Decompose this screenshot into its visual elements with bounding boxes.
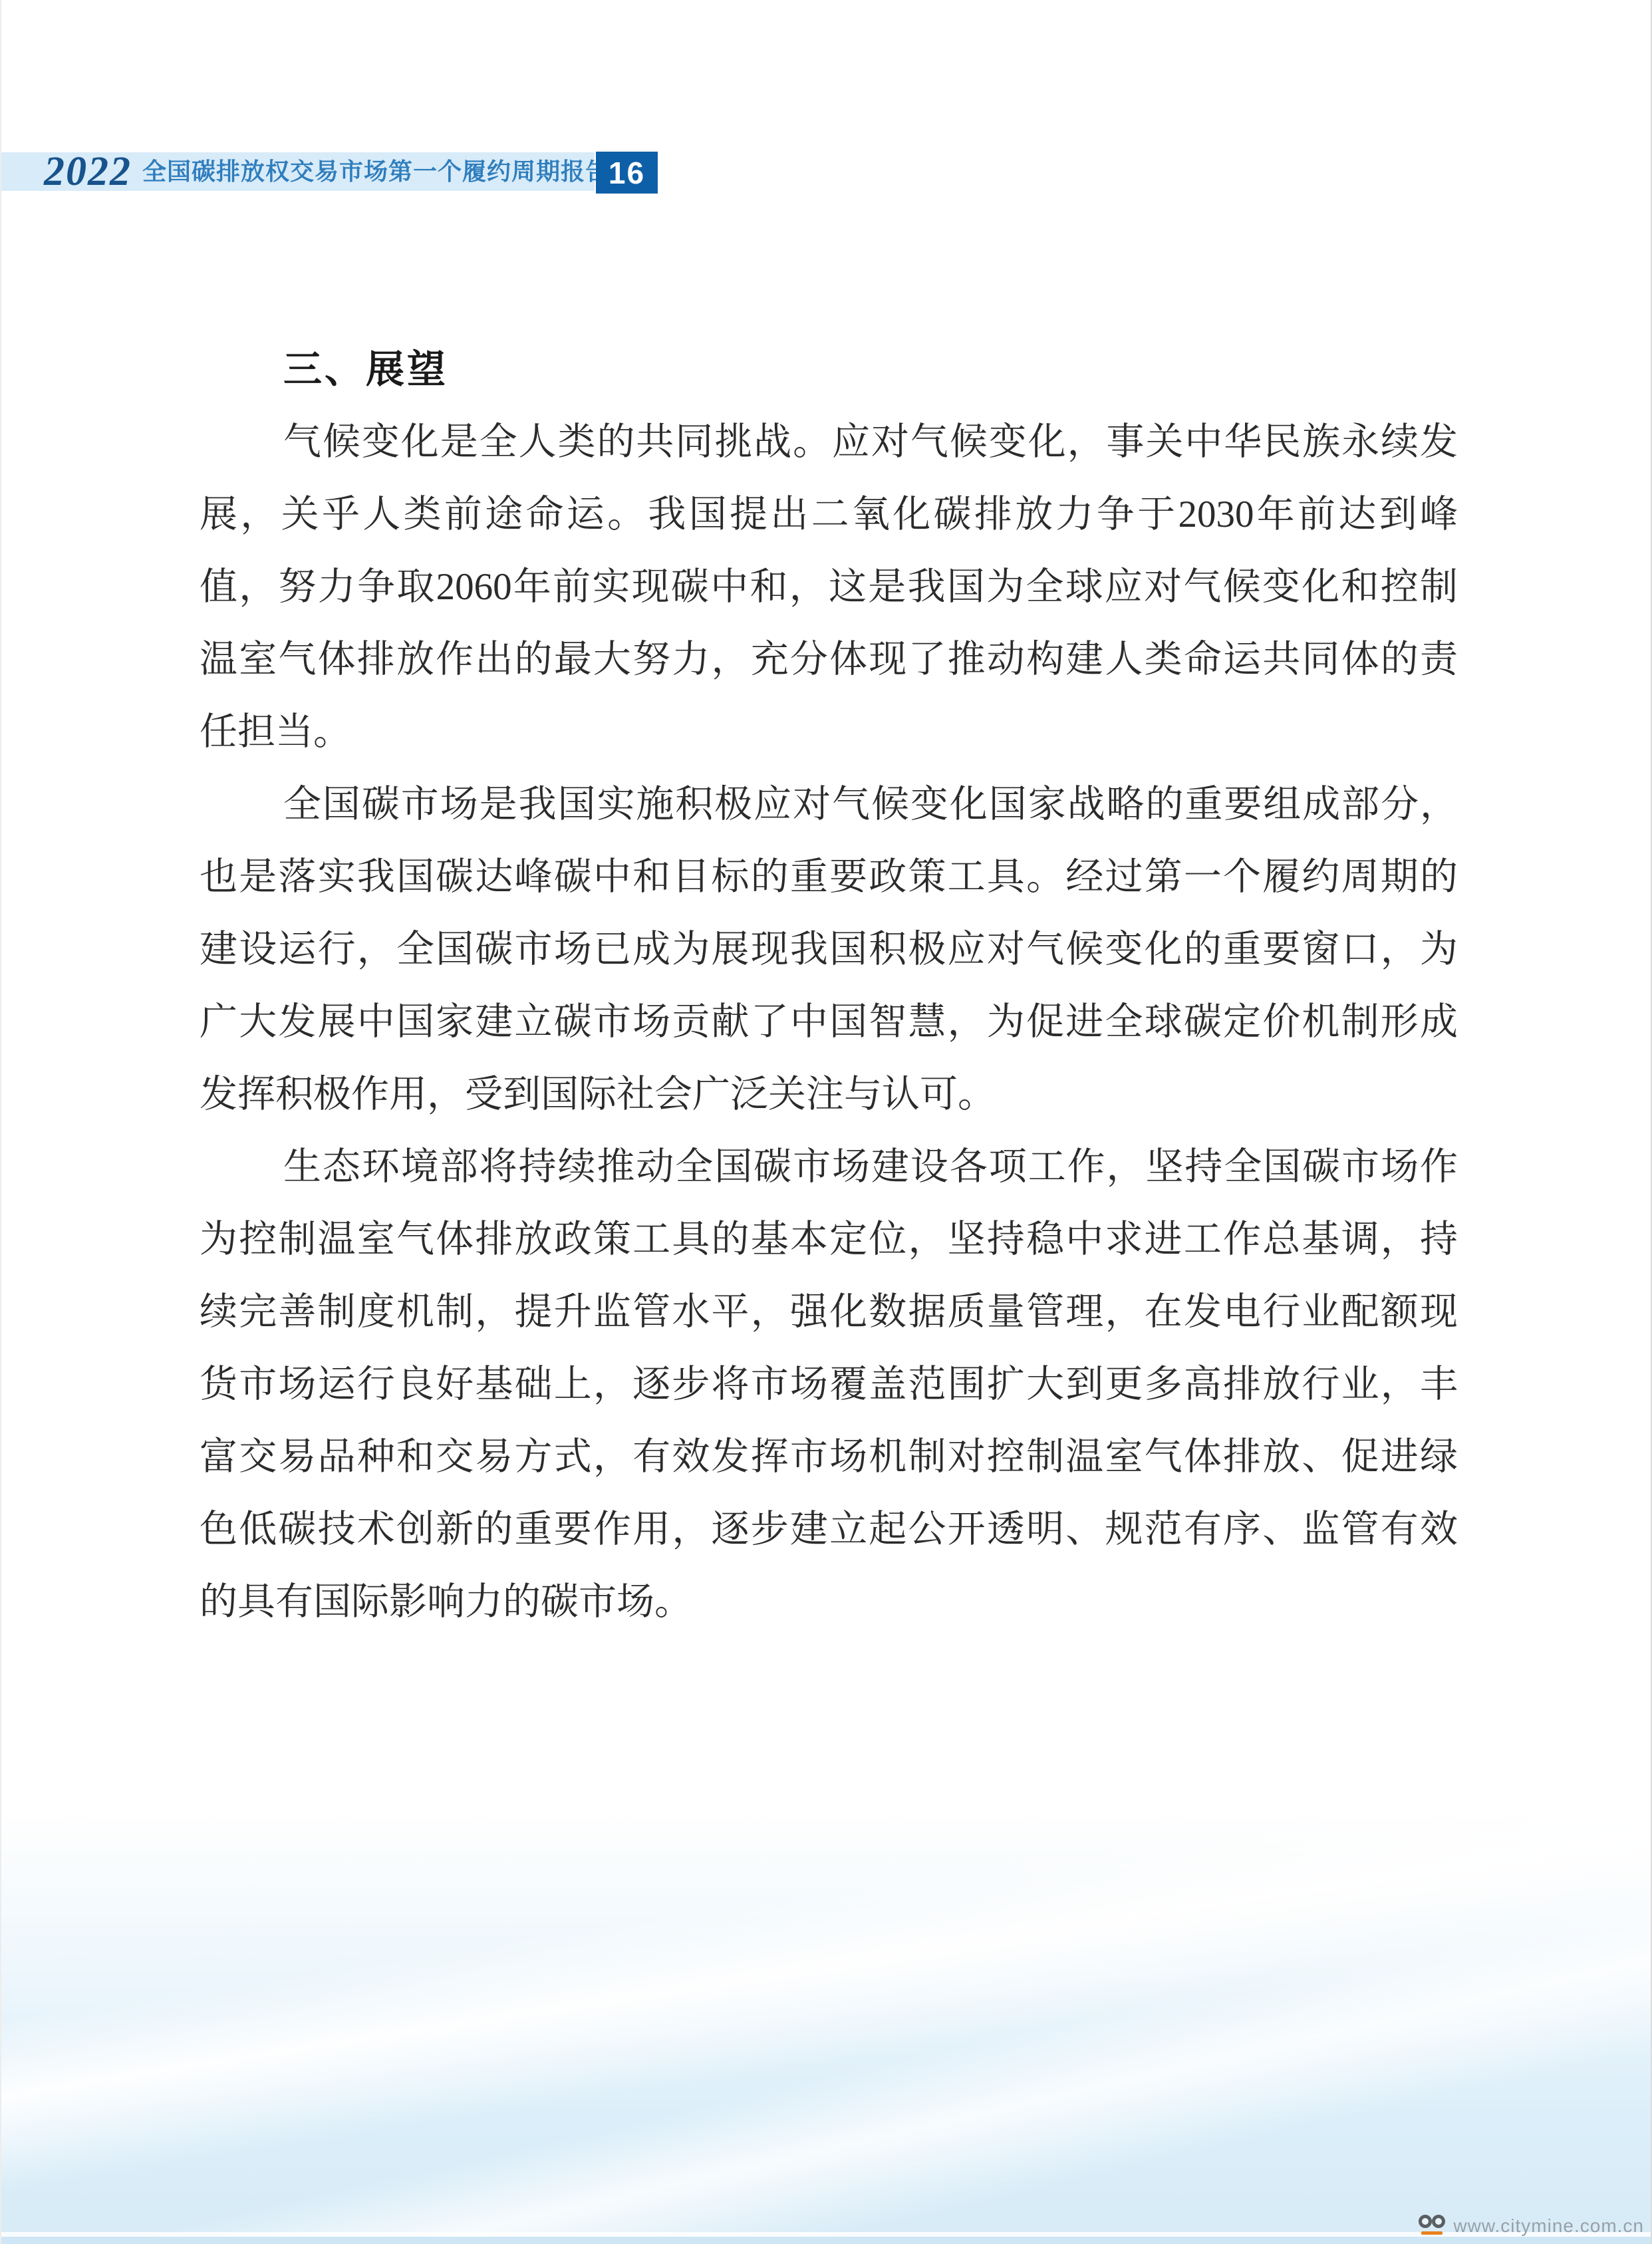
body-line: 任担当。 bbox=[200, 696, 1458, 768]
body-line: 广大发展中国家建立碳市场贡献了中国智慧，为促进全球碳定价机制形成 bbox=[200, 986, 1458, 1058]
body-line: 富交易品种和交易方式，有效发挥市场机制对控制温室气体排放、促进绿 bbox=[200, 1421, 1458, 1493]
bottom-highlight-line bbox=[1, 2232, 1651, 2237]
body-line: 生态环境部将持续推动全国碳市场建设各项工作，坚持全国碳市场作 bbox=[200, 1131, 1458, 1203]
body-line: 气候变化是全人类的共同挑战。应对气候变化，事关中华民族永续发 bbox=[200, 406, 1458, 478]
body-line: 建设运行，全国碳市场已成为展现我国积极应对气候变化的重要窗口，为 bbox=[200, 913, 1458, 986]
page-number-box: 16 bbox=[596, 152, 658, 194]
body-line: 温室气体排放作出的最大努力，充分体现了推动构建人类命运共同体的责 bbox=[200, 623, 1458, 696]
body-line: 也是落实我国碳达峰碳中和目标的重要政策工具。经过第一个履约周期的 bbox=[200, 841, 1458, 913]
page-number: 16 bbox=[609, 155, 645, 191]
header-year: 2022 bbox=[44, 152, 132, 191]
body-line: 为控制温室气体排放政策工具的基本定位，坚持稳中求进工作总基调，持 bbox=[200, 1203, 1458, 1276]
body-line: 发挥积极作用，受到国际社会广泛关注与认可。 bbox=[200, 1058, 1458, 1131]
body-line: 展，关乎人类前途命运。我国提出二氧化碳排放力争于2030年前达到峰 bbox=[200, 478, 1458, 551]
watermark-url: www.citymine.com.cn bbox=[1453, 2215, 1644, 2237]
body-line: 值，努力争取2060年前实现碳中和，这是我国为全球应对气候变化和控制 bbox=[200, 551, 1458, 623]
page-root: 2022 全国碳排放权交易市场第一个履约周期报告 16 三、展望 气候变化是全人… bbox=[0, 0, 1652, 2244]
header-report-title: 全国碳排放权交易市场第一个履约周期报告 bbox=[142, 152, 610, 191]
bottom-strip bbox=[1, 2237, 1651, 2244]
watermark: www.citymine.com.cn bbox=[1419, 2215, 1644, 2237]
body-line: 全国碳市场是我国实施积极应对气候变化国家战略的重要组成部分， bbox=[200, 768, 1458, 841]
body-line: 色低碳技术创新的重要作用，逐步建立起公开透明、规范有序、监管有效 bbox=[200, 1493, 1458, 1566]
citymine-logo-icon bbox=[1419, 2215, 1445, 2237]
section-heading: 三、展望 bbox=[200, 333, 1458, 406]
body-line: 货市场运行良好基础上，逐步将市场覆盖范围扩大到更多高排放行业，丰 bbox=[200, 1348, 1458, 1421]
body-line: 的具有国际影响力的碳市场。 bbox=[200, 1566, 1458, 1638]
header-band: 2022 全国碳排放权交易市场第一个履约周期报告 bbox=[1, 152, 595, 191]
bottom-wave-decoration bbox=[1, 1812, 1651, 2244]
document-body: 三、展望 气候变化是全人类的共同挑战。应对气候变化，事关中华民族永续发 展，关乎… bbox=[200, 333, 1458, 1638]
body-line: 续完善制度机制，提升监管水平，强化数据质量管理，在发电行业配额现 bbox=[200, 1276, 1458, 1348]
